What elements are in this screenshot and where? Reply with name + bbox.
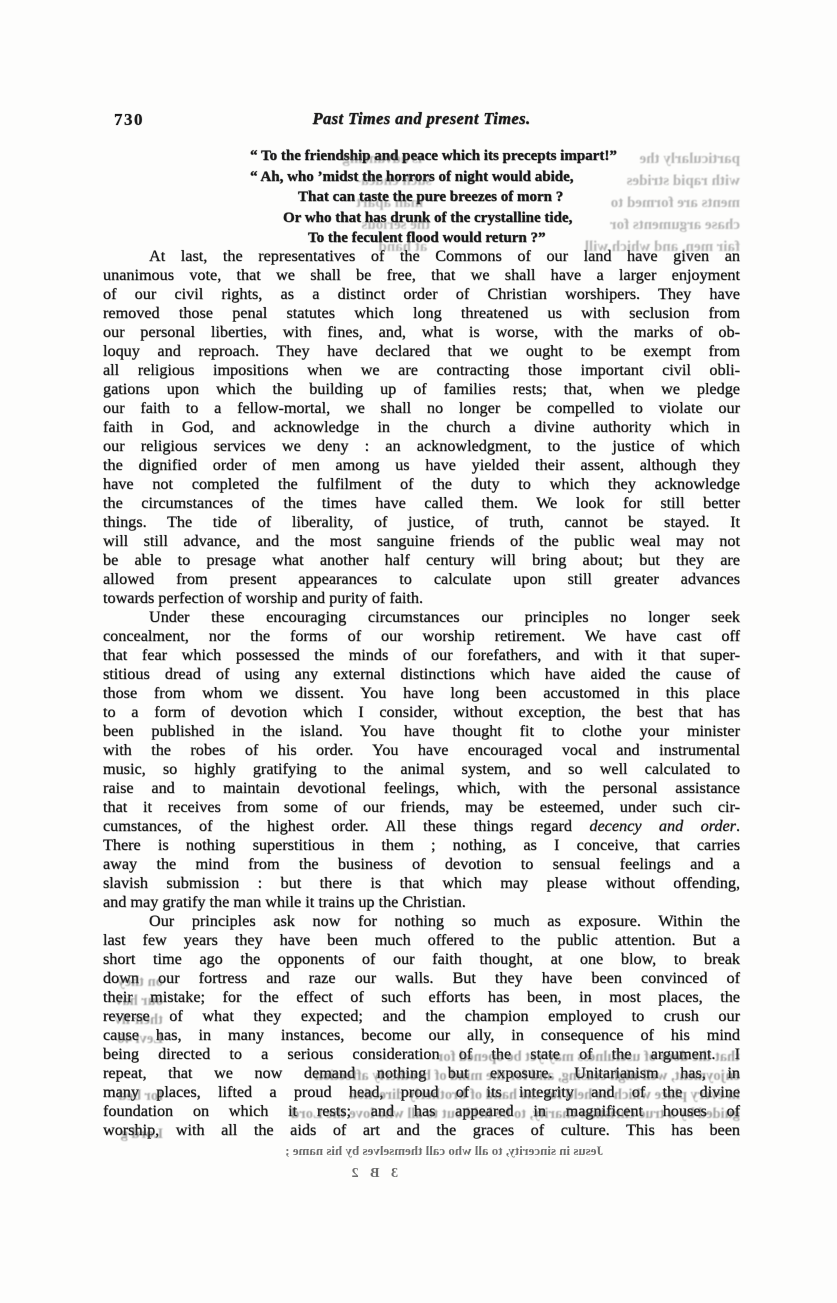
text-line: being directed to a serious consideratio… [103, 1045, 740, 1064]
poem-line: To the feculent flood would return ?” [308, 228, 617, 249]
text-line: reverse of what they expected; and the c… [103, 1007, 740, 1026]
ghost-line: Jesus in sincerity, to all who call them… [245, 1143, 603, 1159]
text-line: worship, with all the aids of art and th… [103, 1121, 740, 1140]
text-line: down our fortress and raze our walls. Bu… [103, 969, 740, 988]
text-line: foundation on which it rests; and has ap… [103, 1102, 740, 1121]
text-line: There is nothing superstitious in them ;… [103, 836, 740, 855]
page-number: 730 [114, 110, 144, 130]
text-line: that it receives from some of our friend… [103, 798, 740, 817]
text-line: removed those penal statutes which long … [103, 304, 740, 323]
text-line: music, so highly gratifying to the anima… [103, 760, 740, 779]
text-line: will still advance, and the most sanguin… [103, 532, 740, 551]
text-line: cumstances, of the highest order. All th… [103, 817, 740, 836]
text-line: all religious impositions when we are co… [103, 361, 740, 380]
poem-line: Or who that has drunk of the crystalline… [283, 208, 617, 229]
text-line: that fear which possessed the minds of o… [103, 646, 740, 665]
text-line: our personal liberties, with fines, and,… [103, 323, 740, 342]
text-line: At last, the representatives of the Comm… [103, 247, 740, 266]
book-page-scan: 730 Past Times and present Times. “ To t… [0, 0, 837, 1303]
text-line: of our civil rights, as a distinct order… [103, 285, 740, 304]
paragraph: Under these encouraging circumstances ou… [103, 608, 740, 912]
text-line: gations upon which the building up of fa… [103, 380, 740, 399]
body-text: At last, the representatives of the Comm… [103, 247, 740, 1140]
text-line: those from whom we dissent. You have lon… [103, 684, 740, 703]
text-line: our faith to a fellow-mortal, we shall n… [103, 399, 740, 418]
text-line: faith in God, and acknowledge in the chu… [103, 418, 740, 437]
text-line: the dignified order of men among us have… [103, 456, 740, 475]
text-line: be able to presage what another half cen… [103, 551, 740, 570]
text-line: and may gratify the man while it trains … [103, 893, 740, 912]
running-header: 730 Past Times and present Times. [103, 109, 740, 133]
text-line: many places, lifted a proud head, proud … [103, 1083, 740, 1102]
signature-mark: 3 B 2 [348, 1166, 398, 1182]
text-line: raise and to maintain devotional feeling… [103, 779, 740, 798]
running-head-title: Past Times and present Times. [103, 109, 740, 129]
text-line: to a form of devotion which I consider, … [103, 703, 740, 722]
poem-quote: “ To the friendship and peace which its … [250, 146, 617, 249]
text-line: unanimous vote, that we shall be free, t… [103, 266, 740, 285]
text-line: with the robes of his order. You have en… [103, 741, 740, 760]
text-line: loquy and reproach. They have declared t… [103, 342, 740, 361]
text-line: last few years they have been much offer… [103, 931, 740, 950]
text-line: repeat, that we now demand nothing but e… [103, 1064, 740, 1083]
text-line: been published in the island. You have t… [103, 722, 740, 741]
text-line: Under these encouraging circumstances ou… [103, 608, 740, 627]
poem-line: “ Ah, who ’midst the horrors of night wo… [250, 167, 617, 188]
text-line: stitious dread of using any external dis… [103, 665, 740, 684]
text-line: things. The tide of liberality, of justi… [103, 513, 740, 532]
text-line: cause has, in many instances, become our… [103, 1026, 740, 1045]
text-line: towards perfection of worship and purity… [103, 589, 740, 608]
text-line: the circumstances of the times have call… [103, 494, 740, 513]
paragraph: Our principles ask now for nothing so mu… [103, 912, 740, 1140]
poem-line: “ To the friendship and peace which its … [250, 146, 617, 167]
text-line: slavish submission : but there is that w… [103, 874, 740, 893]
text-line: allowed from present appearances to calc… [103, 570, 740, 589]
text-line: our religious services we deny : an ackn… [103, 437, 740, 456]
text-line: away the mind from the business of devot… [103, 855, 740, 874]
text-line: short time ago the opponents of our fait… [103, 950, 740, 969]
paragraph: At last, the representatives of the Comm… [103, 247, 740, 608]
text-line: have not completed the fulfilment of the… [103, 475, 740, 494]
text-line: Our principles ask now for nothing so mu… [103, 912, 740, 931]
text-line: their mistake; for the effect of such ef… [103, 988, 740, 1007]
poem-line: That can taste the pure breezes of morn … [298, 187, 617, 208]
text-line: concealment, nor the forms of our worshi… [103, 627, 740, 646]
